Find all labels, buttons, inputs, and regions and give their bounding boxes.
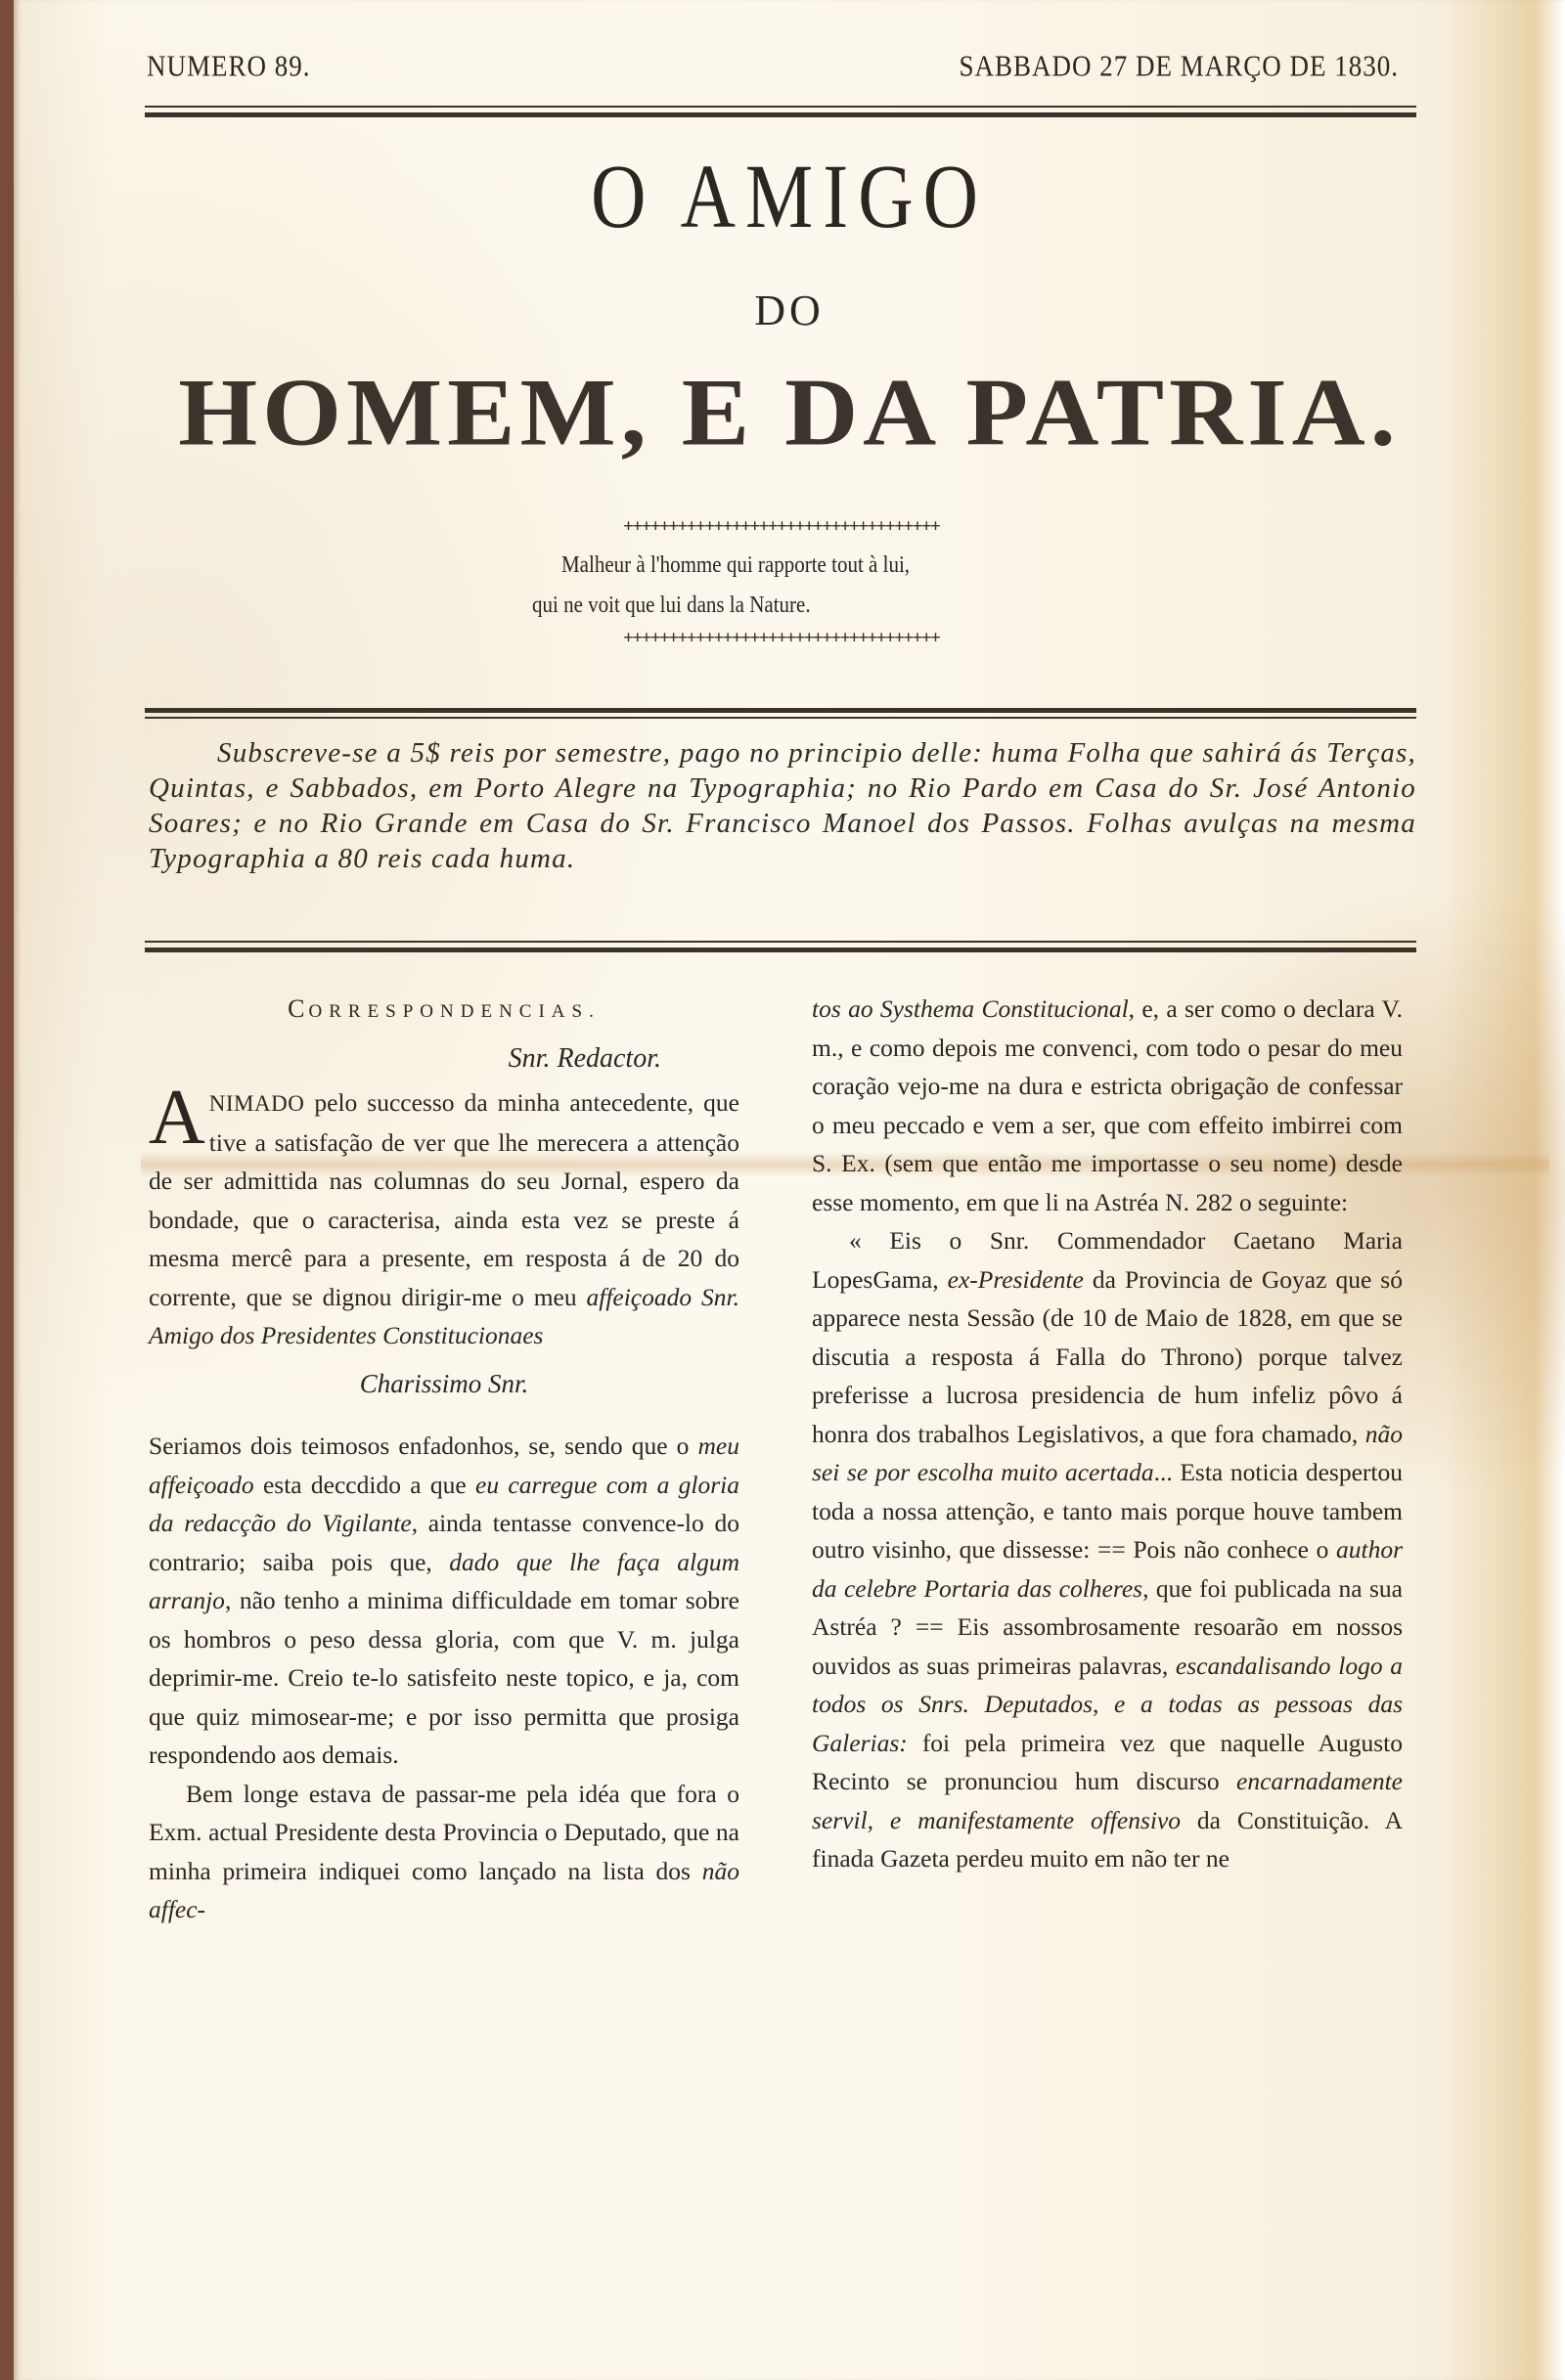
ornament-rule-top: +++++++++++++++++++++++++++++++++++	[532, 516, 1031, 536]
section-heading: CORRESPONDENCIAS.	[149, 990, 739, 1032]
ornament-rule-bottom: +++++++++++++++++++++++++++++++++++	[532, 628, 1031, 647]
subscription-top-rule	[145, 708, 1416, 722]
subscription-bottom-rule	[145, 941, 1416, 954]
salutation-redactor: Snr. Redactor.	[149, 1039, 739, 1079]
paragraph-2: Seriamos dois teimosos enfadonhos, se, s…	[149, 1427, 739, 1775]
issue-number: NUMERO 89.	[147, 49, 311, 84]
header-rule	[145, 106, 1416, 119]
subscription-text: Subscreve-se a 5$ reis por semestre, pag…	[149, 737, 1416, 874]
issue-date: SABBADO 27 DE MARÇO DE 1830.	[959, 49, 1399, 84]
salutation-charissimo: Charissimo Snr.	[149, 1365, 739, 1404]
right-column: tos ao Systhema Constitucional, e, a ser…	[812, 990, 1403, 1878]
masthead-title-line2: DO	[14, 286, 1565, 335]
drop-cap: A	[149, 1087, 205, 1146]
subscription-notice: Subscreve-se a 5$ reis por semestre, pag…	[149, 735, 1416, 876]
epigraph: Malheur à l'homme qui rapporte tout à lu…	[532, 544, 1041, 625]
paragraph-3: Bem longe estava de passar-me pela idéa …	[149, 1775, 739, 1929]
issue-header: NUMERO 89. SABBADO 27 DE MARÇO DE 1830.	[147, 49, 1399, 84]
newspaper-page: NUMERO 89. SABBADO 27 DE MARÇO DE 1830. …	[14, 0, 1565, 2380]
epigraph-line2: qui ne voit que lui dans la Nature.	[532, 584, 1041, 624]
left-column: CORRESPONDENCIAS. Snr. Redactor. ANIMADO…	[149, 990, 739, 1929]
paragraph-4: tos ao Systhema Constitucional, e, a ser…	[812, 990, 1403, 1221]
paragraph-1: ANIMADO pelo successo da minha anteceden…	[149, 1083, 739, 1355]
paragraph-5-quotation: « Eis o Snr. Commendador Caetano Maria L…	[812, 1221, 1403, 1878]
epigraph-line1: Malheur à l'homme qui rapporte tout à lu…	[532, 544, 1041, 584]
masthead-title-line1: O AMIGO	[14, 144, 1565, 249]
masthead-title-line3: HOMEM, E DA PATRIA.	[14, 357, 1565, 467]
